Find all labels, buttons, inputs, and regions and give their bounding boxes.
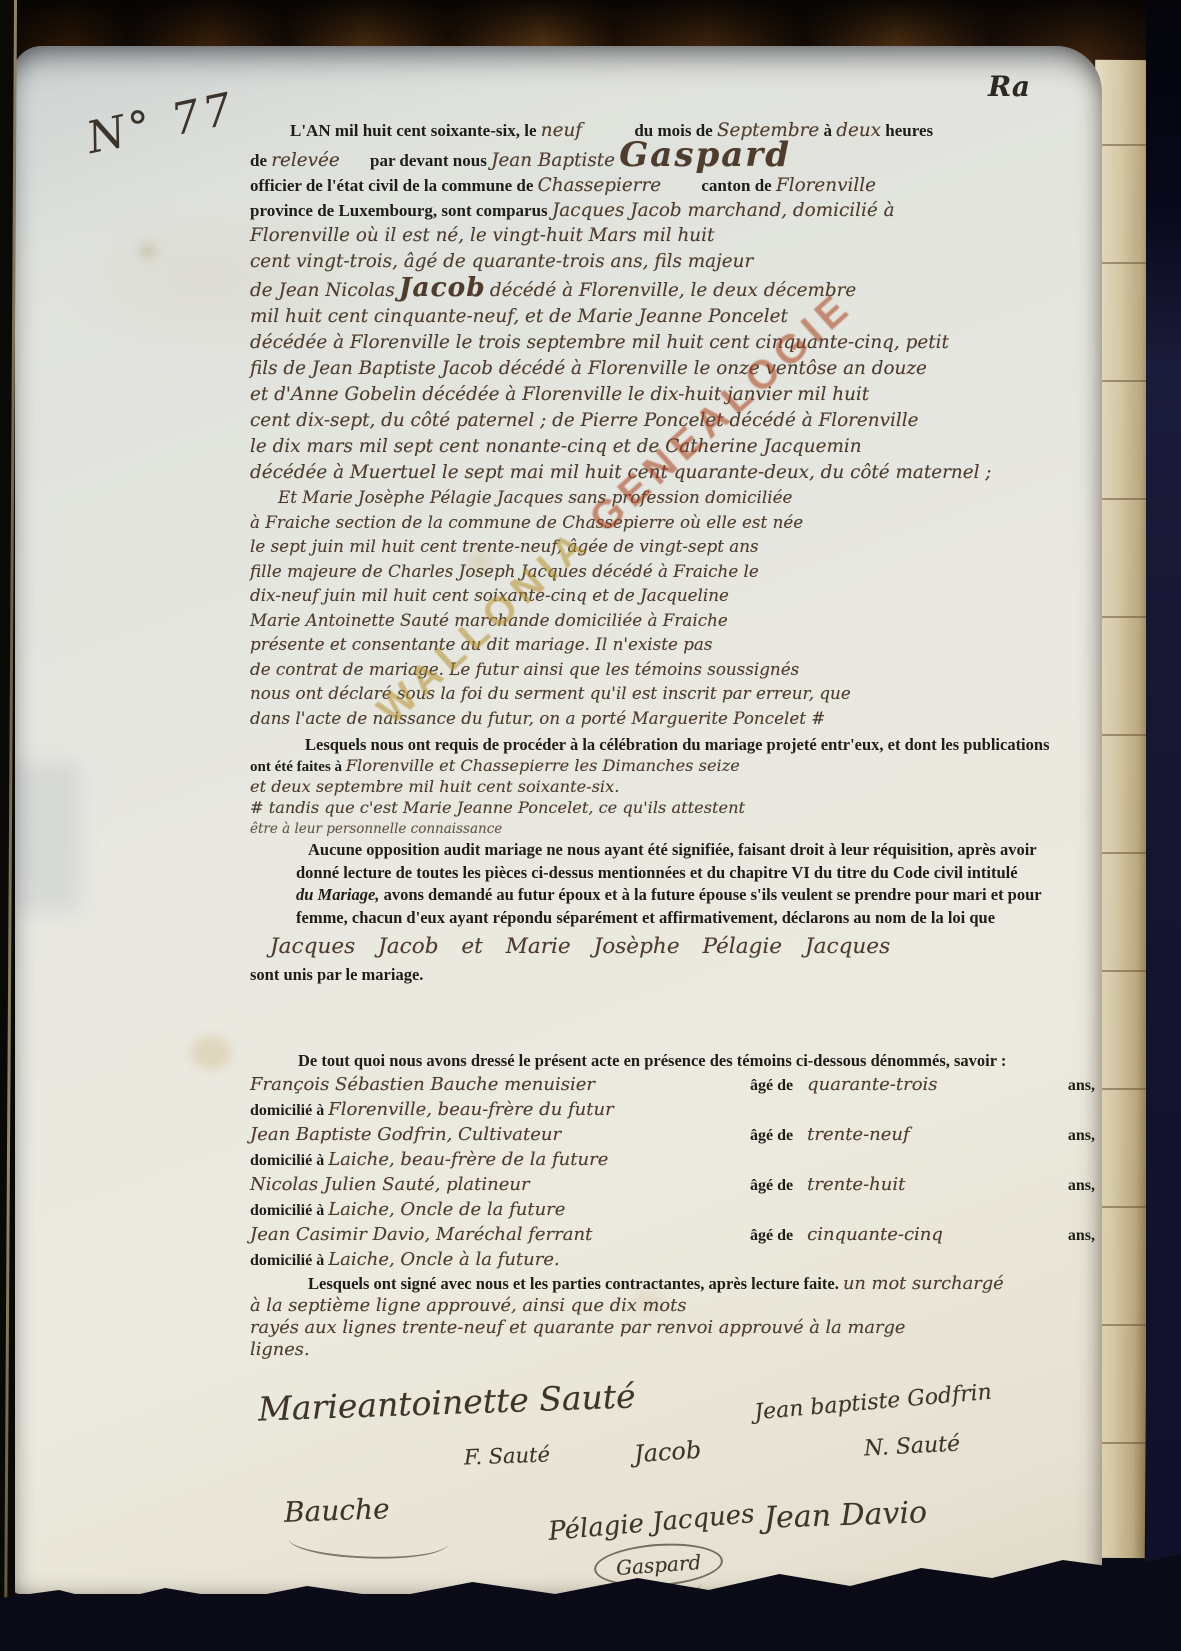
- signature: N. Sauté: [863, 1432, 960, 1462]
- signature: Jean baptiste Godfrin: [753, 1380, 992, 1426]
- background-right: [1146, 0, 1181, 1651]
- signature: Pélagie Jacques: [547, 1499, 756, 1547]
- signature: Bauche: [283, 1492, 390, 1529]
- signature: Jean Davio: [763, 1495, 927, 1536]
- signatures: Marieantoinette SautéJean baptiste Godfr…: [12, 46, 1102, 1594]
- scanned-register-photo: N° 77 Ra WALLONIA GENEALOGIE L'AN mil hu…: [0, 0, 1181, 1651]
- signature: Jacob: [633, 1436, 702, 1469]
- binding-gutter: [0, 0, 15, 1651]
- signature: F. Sauté: [464, 1443, 551, 1470]
- signature: Marieantoinette Sauté: [257, 1376, 636, 1428]
- register-page: N° 77 Ra WALLONIA GENEALOGIE L'AN mil hu…: [12, 46, 1102, 1594]
